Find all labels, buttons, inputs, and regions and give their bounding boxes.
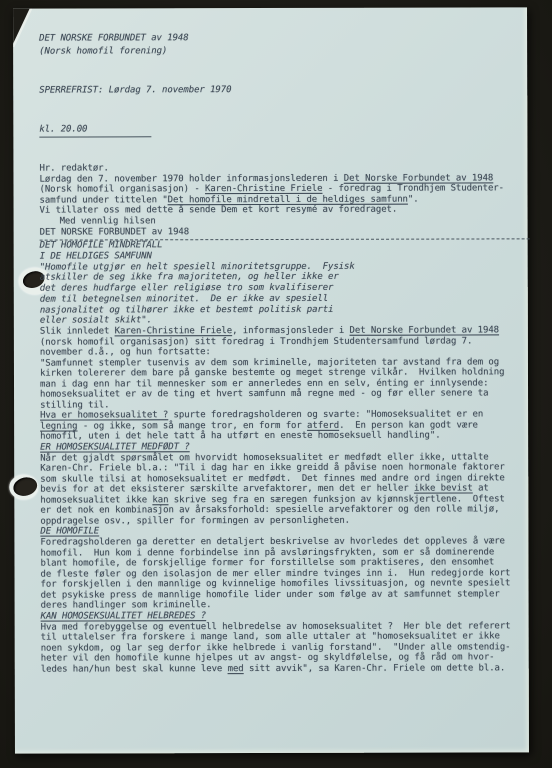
embargo-line: SPERREFRIST: Lørdag 7. november 1970 <box>39 83 521 97</box>
intro-paragraph: Lørdag den 7. november 1970 holder infor… <box>39 173 521 206</box>
document-page: DET NORSKE FORBUNDET av 1948 (Norsk homo… <box>13 7 529 753</box>
opening-quote: "Homofile utgjør en helt spesiell minori… <box>40 261 522 327</box>
embargo-time: kl. 20.00 <box>39 123 151 137</box>
signature-block: Med vennlig hilsen DET NORSKE FORBUNDET … <box>40 215 522 239</box>
embargo-label: SPERREFRIST: <box>39 85 103 95</box>
release-title: DET HOMOFILE MINDRETALL I DE HELDIGES SA… <box>40 239 522 262</box>
para-hva-er-homoseksualitet: Hva er homoseksualitet ? spurte foredrag… <box>40 410 522 443</box>
punch-holes <box>13 7 527 8</box>
folded-corner <box>13 9 35 51</box>
org-name: DET NORSKE FORBUNDET av 1948 <box>39 31 521 45</box>
para-samfunnet: "Samfunnet stempler tusenvis av dem som … <box>40 357 522 411</box>
para-innledet: Slik innledet Karen-Christine Friele, in… <box>40 326 522 359</box>
embargo-time-line: kl. 20.00 <box>39 122 521 137</box>
para-helbredes: Hva med forebyggelse og eventuell helbre… <box>41 621 523 675</box>
para-medfodt: Når det gjaldt spørsmålet om hvorvidt ho… <box>40 452 522 527</box>
org-subtitle: (Norsk homofil forening) <box>39 44 521 58</box>
embargo-notice: SPERREFRIST: Lørdag 7. november 1970 kl.… <box>39 57 521 163</box>
para-de-homofile: Foredragsholderen ga deretter en detalje… <box>40 537 522 612</box>
letterhead: DET NORSKE FORBUNDET av 1948 (Norsk homo… <box>39 31 521 58</box>
embargo-date: Lørdag 7. november 1970 <box>109 85 232 95</box>
typewritten-content: DET NORSKE FORBUNDET av 1948 (Norsk homo… <box>39 31 523 675</box>
